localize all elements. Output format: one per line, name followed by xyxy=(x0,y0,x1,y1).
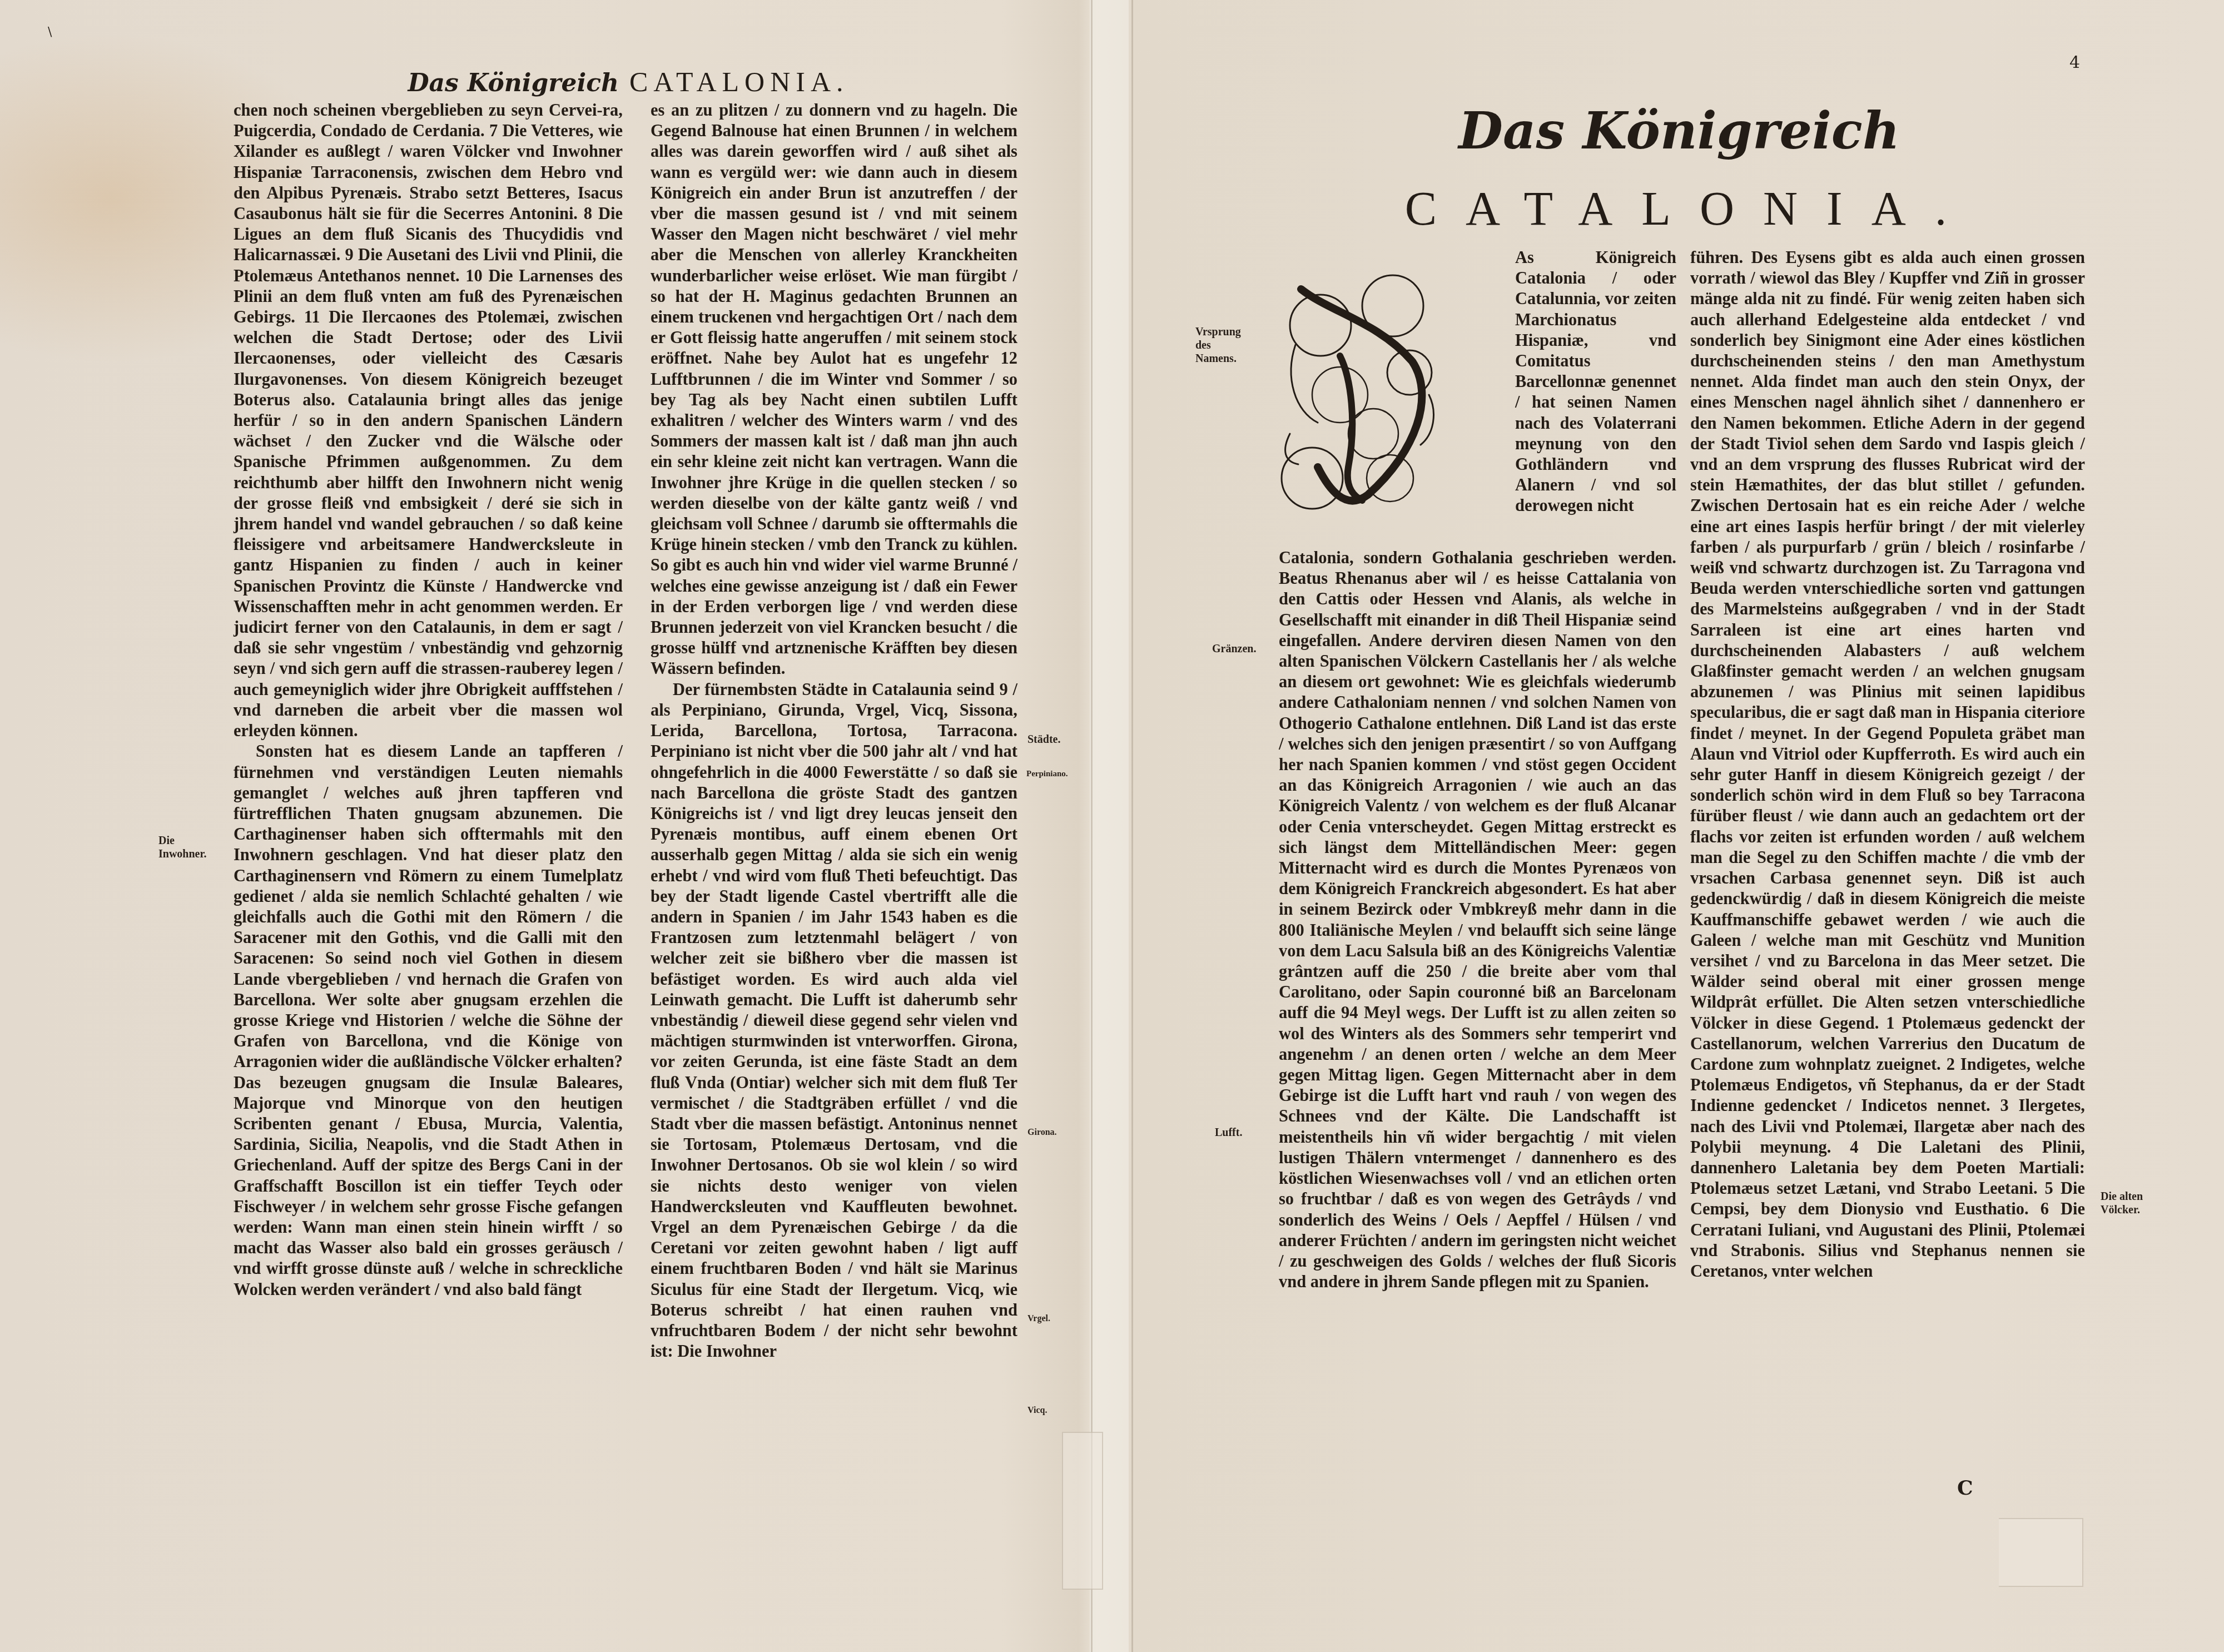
right-page-column-2: führen. Des Eysens gibt es alda auch ein… xyxy=(1690,247,2085,1282)
running-head-blackletter: Das Königreich xyxy=(408,69,619,97)
running-head-roman: CATALONIA. xyxy=(629,66,849,97)
right-page-column-1: Catalonia, sondern Gothalania geschriebe… xyxy=(1279,548,1676,1292)
paragraph: führen. Des Eysens gibt es alda auch ein… xyxy=(1690,247,2085,1282)
signature-mark: C xyxy=(1957,1476,1973,1500)
paper-repair-patch xyxy=(1062,1432,1103,1590)
gutter xyxy=(1090,0,1129,1652)
margin-note-perpiniano: Perpiniano. xyxy=(1026,767,1093,781)
margin-note-girona: Girona. xyxy=(1027,1126,1083,1139)
paragraph: Sonsten hat es diesem Lande an tapfferen… xyxy=(234,741,623,1299)
left-page-column-2: es an zu plitzen / zu donnern vnd zu hag… xyxy=(651,100,1017,1362)
gutter-fold-left xyxy=(1091,0,1093,1652)
margin-note-staedte: Städte. xyxy=(1027,733,1083,746)
paragraph: es an zu plitzen / zu donnern vnd zu hag… xyxy=(651,100,1017,679)
title-roman: CATALONIA. xyxy=(1346,175,2013,242)
ink-mark: \ xyxy=(48,25,52,39)
dropcap-adjacent-text: As Königreich Catalonia / oder Catalunni… xyxy=(1515,247,1676,517)
margin-note-vrgel: Vrgel. xyxy=(1027,1312,1083,1326)
folio-number: 4 xyxy=(2069,53,2080,72)
margin-note-ursprung: Vrsprung des Namens. xyxy=(1195,325,1251,365)
margin-note-alte-voelcker: Die alten Völcker. xyxy=(2101,1190,2162,1217)
gutter-fold-right xyxy=(1131,0,1133,1652)
paper-repair-patch xyxy=(1999,1518,2083,1587)
paragraph: chen noch scheinen vbergeblieben zu seyn… xyxy=(234,100,623,741)
margin-note-lufft: Lufft. xyxy=(1215,1126,1270,1139)
paragraph: Catalonia, sondern Gothalania geschriebe… xyxy=(1279,548,1676,1292)
margin-note-vicq: Vicq. xyxy=(1027,1404,1083,1417)
decorative-initial-d-icon xyxy=(1279,267,1440,534)
margin-note-graenzen: Gränzen. xyxy=(1212,642,1268,656)
margin-note-inwohner: Die Inwohner. xyxy=(158,834,220,861)
title-blackletter: Das Königreich xyxy=(1346,97,2013,164)
page-title: Das Königreich CATALONIA. xyxy=(1346,97,2013,242)
left-page-column-1: chen noch scheinen vbergeblieben zu seyn… xyxy=(234,100,623,1300)
running-head: Das Königreich CATALONIA. xyxy=(400,66,856,98)
paragraph: Der fürnembsten Städte in Catalaunia sei… xyxy=(651,679,1017,1362)
